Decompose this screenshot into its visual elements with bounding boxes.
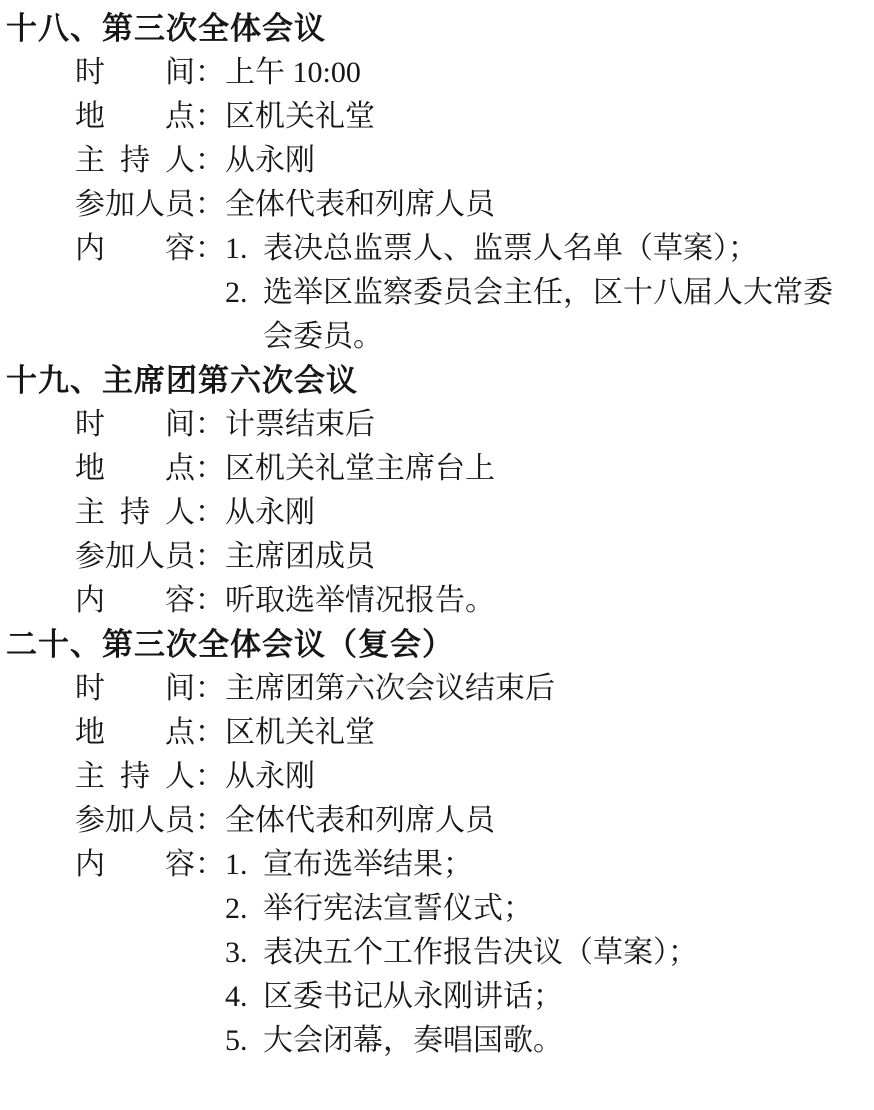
item-number: 2. xyxy=(225,887,263,931)
item-text: 选举区监察委员会主任，区十八届人大常委 会委员。 xyxy=(263,271,833,359)
item-number: 5. xyxy=(225,1019,263,1063)
field-row-time: 时间：上午 10:00 xyxy=(75,51,864,95)
field-label: 内容 xyxy=(75,579,195,623)
field-value: 从永刚 xyxy=(225,139,315,183)
field-value: 全体代表和列席人员 xyxy=(225,799,495,843)
field-label: 时间 xyxy=(75,51,195,95)
item-text: 区委书记从永刚讲话； xyxy=(263,975,563,1019)
label-colon: ： xyxy=(195,667,225,711)
label-colon: ： xyxy=(195,51,225,95)
field-value: 区机关礼堂 xyxy=(225,711,375,755)
field-row-time: 时间：主席团第六次会议结束后 xyxy=(75,667,864,711)
label-colon: ： xyxy=(195,579,225,623)
label-colon: ： xyxy=(195,843,225,887)
field-value: 听取选举情况报告。 xyxy=(225,579,495,623)
agenda-section-19: 十九、主席团第六次会议 时间：计票结束后 地点：区机关礼堂主席台上 主持人：从永… xyxy=(6,359,864,623)
list-item: 1. 宣布选举结果； xyxy=(225,843,864,887)
field-row-content: 内容： 1. 表决总监票人、监票人名单（草案）； 2. 选举区监察委员会主任，区… xyxy=(75,227,864,359)
label-colon: ： xyxy=(195,711,225,755)
label-colon: ： xyxy=(195,447,225,491)
field-label: 时间 xyxy=(75,667,195,711)
list-item: 5. 大会闭幕，奏唱国歌。 xyxy=(225,1019,864,1063)
field-row-host: 主持人：从永刚 xyxy=(75,755,864,799)
item-text: 表决总监票人、监票人名单（草案）； xyxy=(263,227,758,271)
field-label: 参加人员 xyxy=(75,183,195,227)
item-text: 宣布选举结果； xyxy=(263,843,473,887)
content-list: 1. 宣布选举结果； 2. 举行宪法宣誓仪式； 3. 表决五个工作报告决议（草案… xyxy=(225,843,864,1063)
field-value: 上午 10:00 xyxy=(225,51,361,95)
label-colon: ： xyxy=(195,535,225,579)
field-row-host: 主持人：从永刚 xyxy=(75,491,864,535)
section-heading: 十八、第三次全体会议 xyxy=(6,7,864,51)
item-number: 1. xyxy=(225,227,263,271)
label-colon: ： xyxy=(195,491,225,535)
item-number: 2. xyxy=(225,271,263,315)
agenda-section-20: 二十、第三次全体会议（复会） 时间：主席团第六次会议结束后 地点：区机关礼堂 主… xyxy=(6,623,864,1063)
field-row-content: 内容：听取选举情况报告。 xyxy=(75,579,864,623)
field-label: 内容 xyxy=(75,227,195,271)
item-text: 表决五个工作报告决议（草案）； xyxy=(263,931,698,975)
field-row-time: 时间：计票结束后 xyxy=(75,403,864,447)
field-label: 地点 xyxy=(75,447,195,491)
item-number: 3. xyxy=(225,931,263,975)
field-value: 主席团第六次会议结束后 xyxy=(225,667,555,711)
field-value: 从永刚 xyxy=(225,491,315,535)
field-row-place: 地点：区机关礼堂 xyxy=(75,711,864,755)
label-colon: ： xyxy=(195,227,225,271)
field-row-place: 地点：区机关礼堂 xyxy=(75,95,864,139)
field-value: 主席团成员 xyxy=(225,535,375,579)
field-label: 地点 xyxy=(75,711,195,755)
field-row-participants: 参加人员：全体代表和列席人员 xyxy=(75,183,864,227)
list-item: 3. 表决五个工作报告决议（草案）； xyxy=(225,931,864,975)
field-row-place: 地点：区机关礼堂主席台上 xyxy=(75,447,864,491)
list-item: 4. 区委书记从永刚讲话； xyxy=(225,975,864,1019)
item-text: 大会闭幕，奏唱国歌。 xyxy=(263,1019,563,1063)
field-label: 主持人 xyxy=(75,139,195,183)
list-item: 2. 举行宪法宣誓仪式； xyxy=(225,887,864,931)
label-colon: ： xyxy=(195,799,225,843)
section-heading: 二十、第三次全体会议（复会） xyxy=(6,623,864,667)
field-label: 时间 xyxy=(75,403,195,447)
list-item: 2. 选举区监察委员会主任，区十八届人大常委 会委员。 xyxy=(225,271,864,359)
field-label: 参加人员 xyxy=(75,535,195,579)
content-list: 1. 表决总监票人、监票人名单（草案）； 2. 选举区监察委员会主任，区十八届人… xyxy=(225,227,864,359)
field-value: 区机关礼堂主席台上 xyxy=(225,447,495,491)
label-colon: ： xyxy=(195,403,225,447)
field-label: 主持人 xyxy=(75,491,195,535)
field-value: 从永刚 xyxy=(225,755,315,799)
field-label: 内容 xyxy=(75,843,195,887)
field-label: 地点 xyxy=(75,95,195,139)
label-colon: ： xyxy=(195,95,225,139)
agenda-section-18: 十八、第三次全体会议 时间：上午 10:00 地点：区机关礼堂 主持人：从永刚 … xyxy=(6,7,864,359)
label-colon: ： xyxy=(195,183,225,227)
field-value: 计票结束后 xyxy=(225,403,375,447)
field-label: 参加人员 xyxy=(75,799,195,843)
item-text: 举行宪法宣誓仪式； xyxy=(263,887,533,931)
field-value: 区机关礼堂 xyxy=(225,95,375,139)
item-number: 4. xyxy=(225,975,263,1019)
label-colon: ： xyxy=(195,755,225,799)
field-row-host: 主持人：从永刚 xyxy=(75,139,864,183)
document-page: 十八、第三次全体会议 时间：上午 10:00 地点：区机关礼堂 主持人：从永刚 … xyxy=(0,0,874,1110)
field-value: 全体代表和列席人员 xyxy=(225,183,495,227)
label-colon: ： xyxy=(195,139,225,183)
list-item: 1. 表决总监票人、监票人名单（草案）； xyxy=(225,227,864,271)
item-number: 1. xyxy=(225,843,263,887)
field-row-content: 内容： 1. 宣布选举结果； 2. 举行宪法宣誓仪式； 3. xyxy=(75,843,864,1063)
section-heading: 十九、主席团第六次会议 xyxy=(6,359,864,403)
field-row-participants: 参加人员：主席团成员 xyxy=(75,535,864,579)
field-label: 主持人 xyxy=(75,755,195,799)
field-row-participants: 参加人员：全体代表和列席人员 xyxy=(75,799,864,843)
